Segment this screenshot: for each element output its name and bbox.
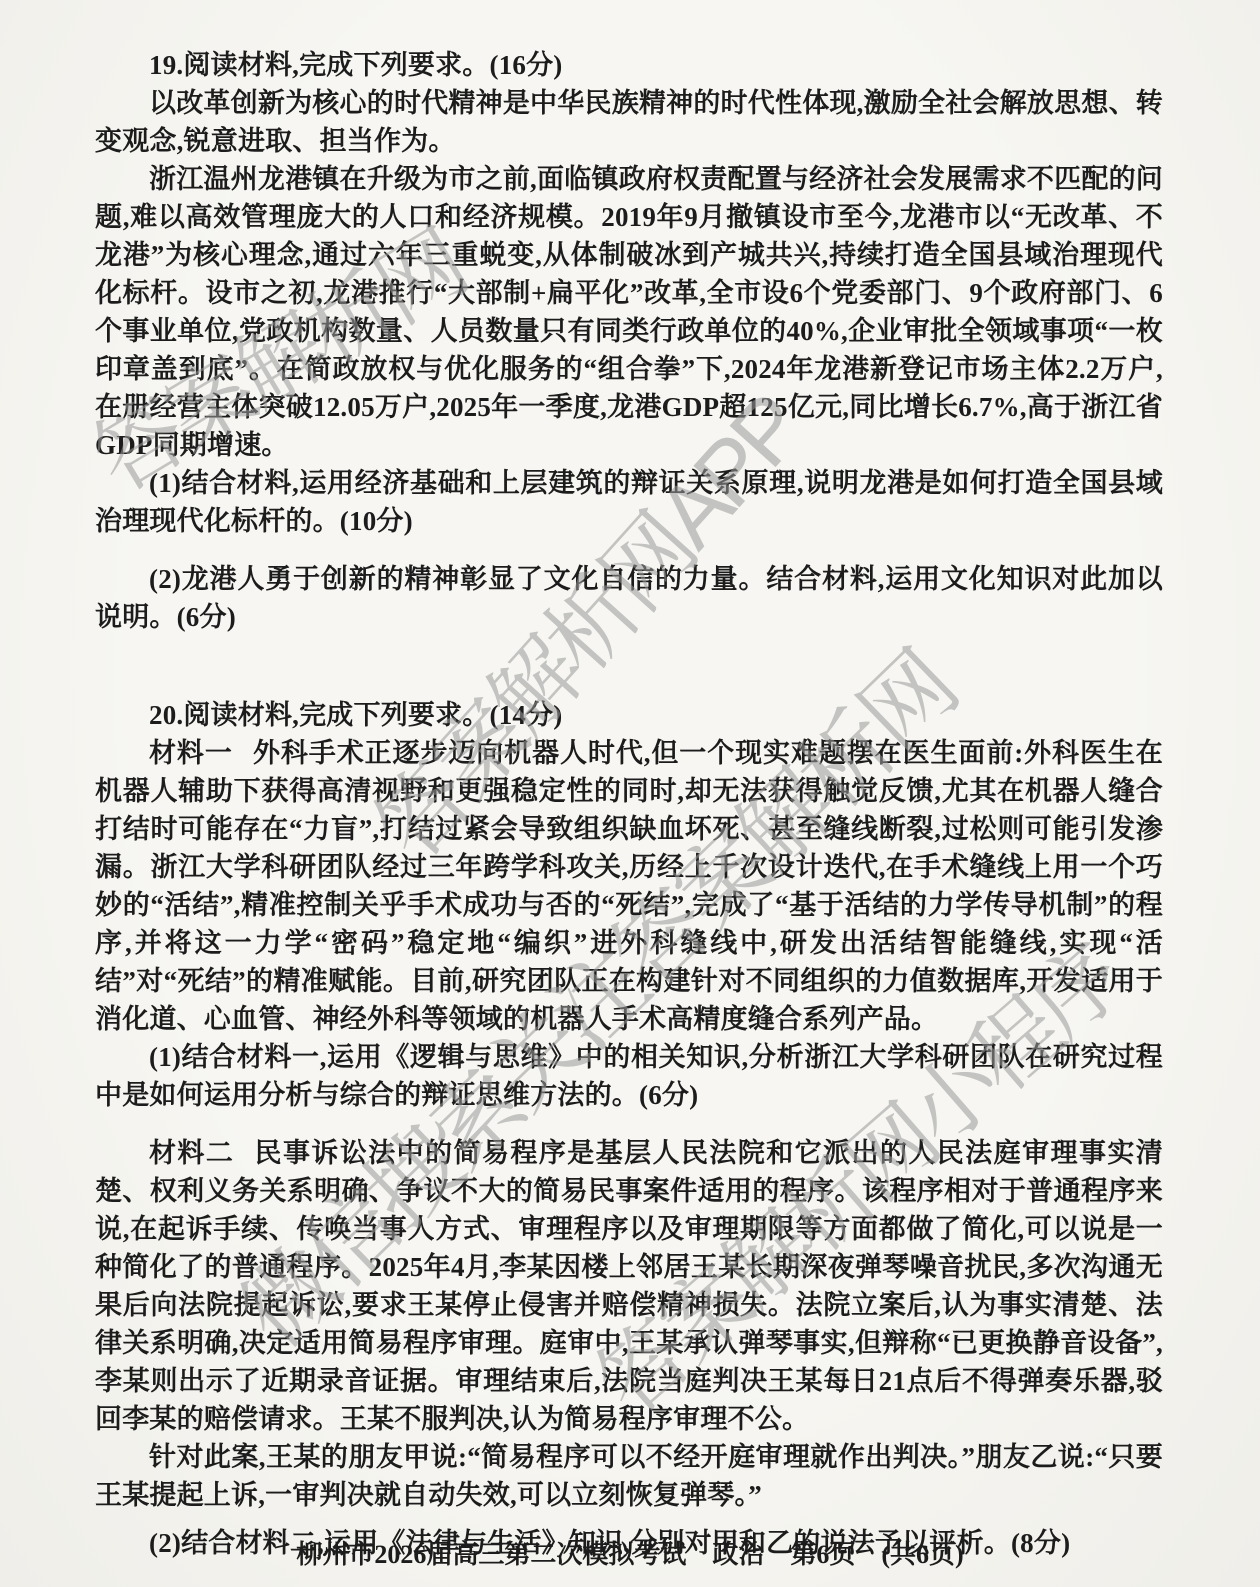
q20-material-1-paragraph: 材料一外科手术正逐步迈向机器人时代,但一个现实难题摆在医生面前:外科医生在机器人… <box>95 734 1163 1038</box>
question-19: 19.阅读材料,完成下列要求。(16分) 以改革创新为核心的时代精神是中华民族精… <box>95 46 1163 636</box>
material-1-text: 外科手术正逐步迈向机器人时代,但一个现实难题摆在医生面前:外科医生在机器人辅助下… <box>95 738 1163 1034</box>
question-20: 20.阅读材料,完成下列要求。(14分) 材料一外科手术正逐步迈向机器人时代,但… <box>95 696 1163 1562</box>
page-footer: 柳州市2026届高三第二次模拟考试 政治 第6页 (共6页) <box>0 1539 1260 1571</box>
q20-friends-paragraph: 针对此案,王某的朋友甲说:“简易程序可以不经开庭审理就作出判决。”朋友乙说:“只… <box>95 1438 1163 1514</box>
question-20-heading: 20.阅读材料,完成下列要求。(14分) <box>95 696 1163 734</box>
question-19-heading: 19.阅读材料,完成下列要求。(16分) <box>95 46 1163 84</box>
q20-material-2-paragraph: 材料二民事诉讼法中的简易程序是基层人民法院和它派出的人民法庭审理事实清楚、权利义… <box>95 1134 1163 1438</box>
q19-subquestion-2: (2)龙港人勇于创新的精神彰显了文化自信的力量。结合材料,运用文化知识对此加以说… <box>95 560 1163 636</box>
q20-subquestion-1: (1)结合材料一,运用《逻辑与思维》中的相关知识,分析浙江大学科研团队在研究过程… <box>95 1038 1163 1114</box>
material-2-text: 民事诉讼法中的简易程序是基层人民法院和它派出的人民法庭审理事实清楚、权利义务关系… <box>95 1138 1163 1434</box>
scanned-exam-page: 答案解析网 答案解析网APP 微信搜索关注答案解析网 答案解析网小程序 19.阅… <box>0 0 1260 1587</box>
material-1-label: 材料一 <box>149 738 233 768</box>
material-2-label: 材料二 <box>149 1138 234 1168</box>
q19-intro-paragraph: 以改革创新为核心的时代精神是中华民族精神的时代性体现,激励全社会解放思想、转变观… <box>95 84 1163 160</box>
q19-subquestion-1: (1)结合材料,运用经济基础和上层建筑的辩证关系原理,说明龙港是如何打造全国县域… <box>95 464 1163 540</box>
q19-material-paragraph: 浙江温州龙港镇在升级为市之前,面临镇政府权责配置与经济社会发展需求不匹配的问题,… <box>95 160 1163 464</box>
exam-content: 19.阅读材料,完成下列要求。(16分) 以改革创新为核心的时代精神是中华民族精… <box>95 46 1163 1562</box>
